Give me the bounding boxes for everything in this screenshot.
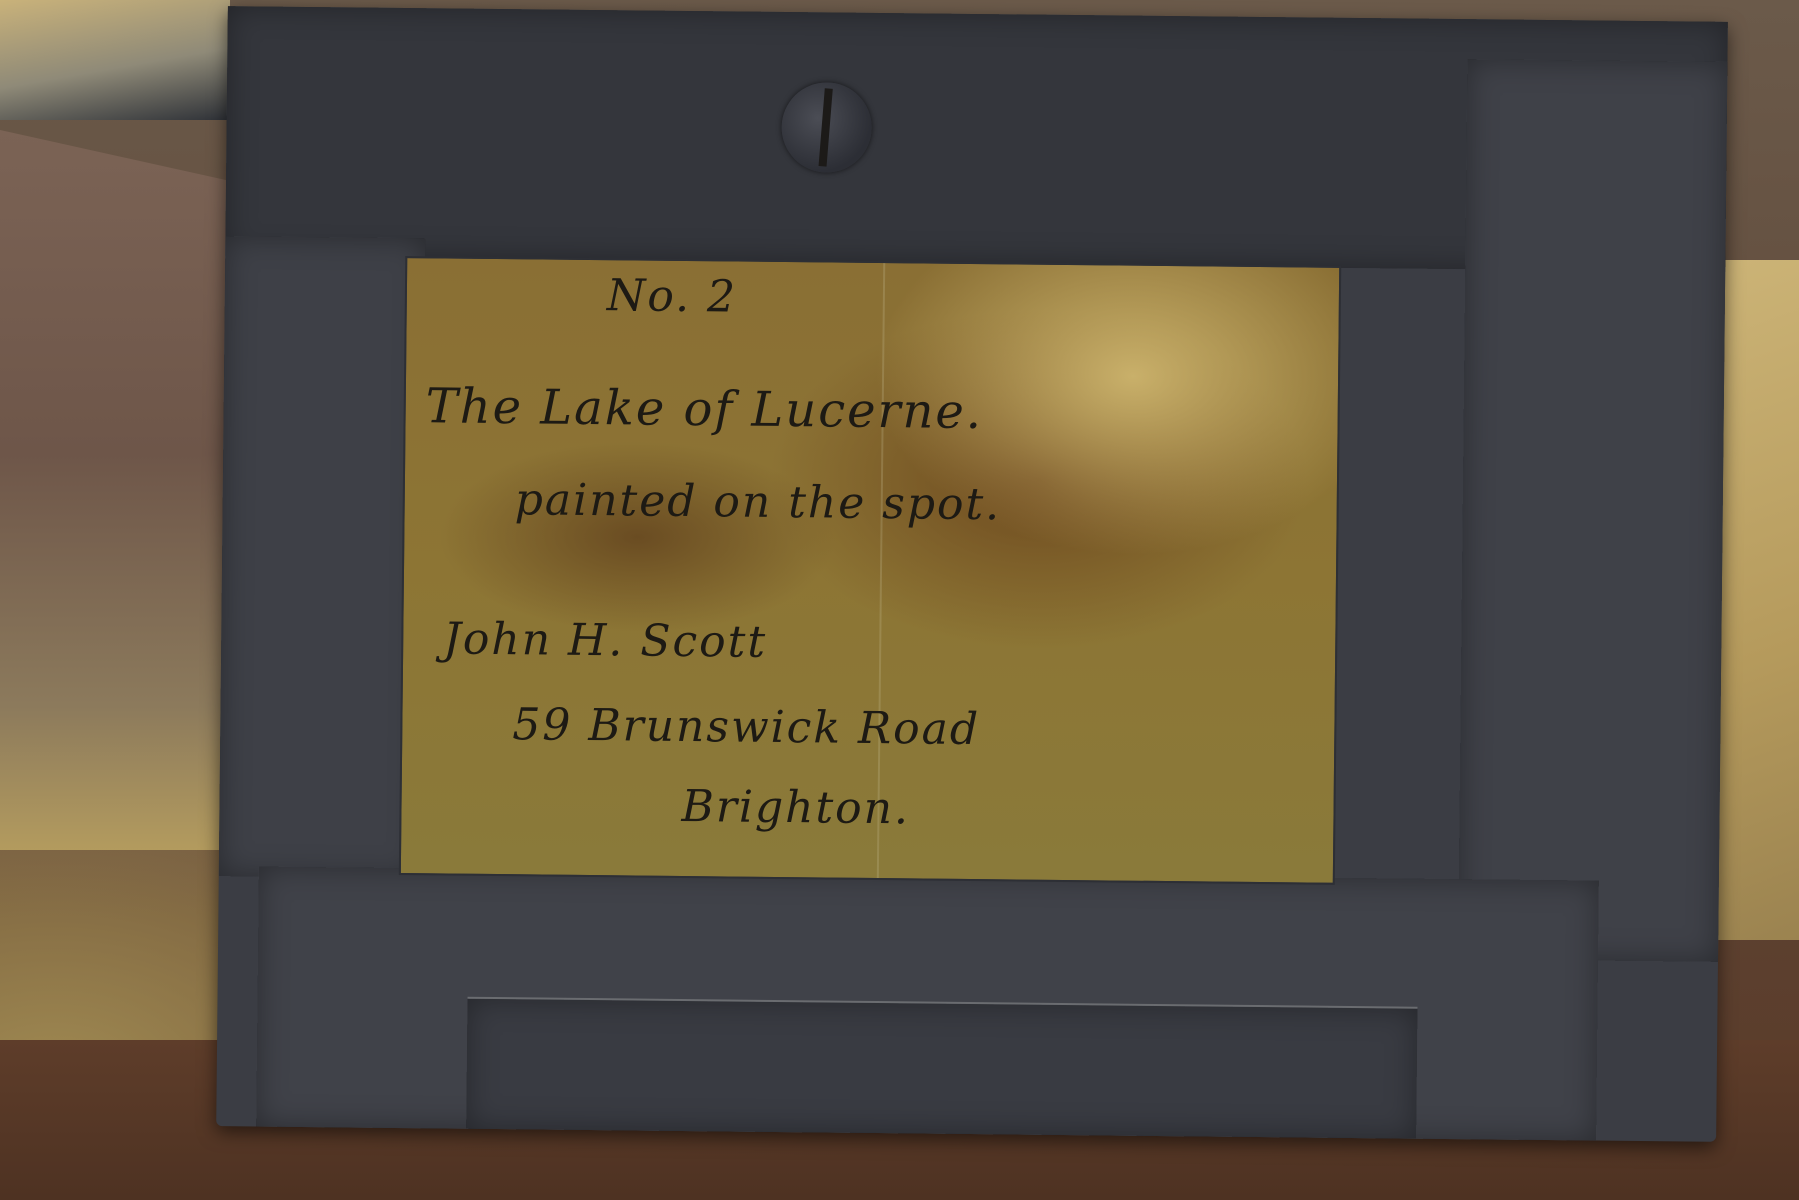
label-number: No. 2 — [607, 270, 738, 322]
label-subtitle: painted on the spot. — [514, 474, 1001, 530]
tape-strip-bottom-inner — [466, 997, 1417, 1139]
handwritten-label: No. 2 The Lake of Lucerne. painted on th… — [399, 256, 1341, 885]
label-title: The Lake of Lucerne. — [425, 378, 983, 440]
slotted-screw-icon — [781, 82, 872, 173]
picture-frame-back: No. 2 The Lake of Lucerne. painted on th… — [216, 6, 1728, 1142]
tape-strip-right — [1458, 59, 1727, 962]
label-artist: John H. Scott — [443, 613, 767, 667]
label-town: Brighton. — [681, 781, 910, 834]
tape-strip-left — [219, 236, 426, 878]
label-street-address: 59 Brunswick Road — [512, 699, 980, 755]
background-painting-edge — [0, 0, 230, 120]
